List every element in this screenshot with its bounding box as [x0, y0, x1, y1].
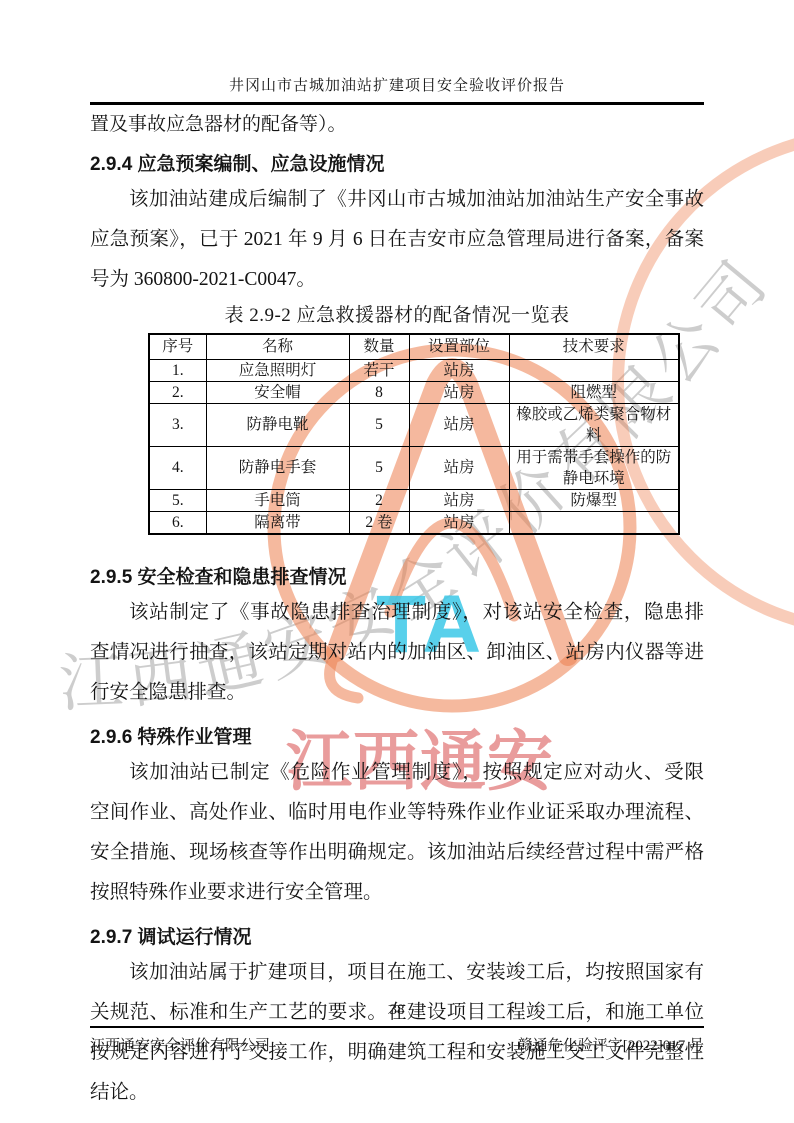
document-page: 江西通安安全评价有限公司 TA 江西通安 井冈山市古城加油站扩建项目安全验收评价…	[0, 0, 794, 1123]
section-heading-2-9-5: 2.9.5 安全检查和隐患排查情况	[90, 565, 704, 591]
cell-index: 5.	[149, 489, 206, 511]
col-header-quantity: 数量	[349, 334, 409, 359]
table-row: 1. 应急照明灯 若干 站房	[149, 359, 679, 381]
cell-index: 4.	[149, 446, 206, 489]
page-content: 井冈山市古城加油站扩建项目安全验收评价报告 置及事故应急器材的配备等）。 2.9…	[0, 0, 794, 1123]
cell-name: 防静电靴	[206, 403, 349, 446]
continuation-line: 置及事故应急器材的配备等）。	[90, 110, 704, 140]
cell-quantity: 5	[349, 403, 409, 446]
table-caption: 表 2.9-2 应急救援器材的配备情况一览表	[90, 302, 704, 330]
main-text: 置及事故应急器材的配备等）。 2.9.4 应急预案编制、应急设施情况 该加油站建…	[90, 110, 704, 1113]
cell-techreq	[509, 359, 679, 381]
section-heading-2-9-4: 2.9.4 应急预案编制、应急设施情况	[90, 152, 704, 178]
cell-techreq	[509, 511, 679, 534]
cell-quantity: 8	[349, 381, 409, 403]
section-paragraph-2-9-5: 该站制定了《事故隐患排查治理制度》，对该站安全检查，隐患排查情况进行抽查，该站定…	[90, 593, 704, 713]
col-header-name: 名称	[206, 334, 349, 359]
col-header-techreq: 技术要求	[509, 334, 679, 359]
cell-quantity: 2	[349, 489, 409, 511]
cell-location: 站房	[409, 489, 509, 511]
cell-location: 站房	[409, 359, 509, 381]
cell-name: 手电筒	[206, 489, 349, 511]
page-footer: 江西通安安全评价有限公司 赣通危化验评字[2022]017 号	[90, 1026, 704, 1055]
cell-quantity: 若干	[349, 359, 409, 381]
report-title: 井冈山市古城加油站扩建项目安全验收评价报告	[229, 78, 565, 94]
page-number: 38	[0, 1002, 794, 1019]
cell-techreq: 橡胶或乙烯类聚合物材料	[509, 403, 679, 446]
cell-techreq: 防爆型	[509, 489, 679, 511]
col-header-index: 序号	[149, 334, 206, 359]
footer-doc-number: 赣通危化验评字[2022]017 号	[518, 1034, 704, 1055]
cell-quantity: 5	[349, 446, 409, 489]
cell-techreq: 阻燃型	[509, 381, 679, 403]
table-header-row: 序号 名称 数量 设置部位 技术要求	[149, 334, 679, 359]
cell-quantity: 2 卷	[349, 511, 409, 534]
table-row: 4. 防静电手套 5 站房 用于需带手套操作的防静电环境	[149, 446, 679, 489]
cell-location: 站房	[409, 381, 509, 403]
cell-name: 隔离带	[206, 511, 349, 534]
table-row: 5. 手电筒 2 站房 防爆型	[149, 489, 679, 511]
page-header: 井冈山市古城加油站扩建项目安全验收评价报告	[90, 74, 704, 105]
emergency-equipment-table: 序号 名称 数量 设置部位 技术要求 1. 应急照明灯 若干 站房	[148, 333, 680, 535]
cell-index: 1.	[149, 359, 206, 381]
table-row: 6. 隔离带 2 卷 站房	[149, 511, 679, 534]
table-row: 2. 安全帽 8 站房 阻燃型	[149, 381, 679, 403]
section-paragraph-2-9-4: 该加油站建成后编制了《井冈山市古城加油站加油站生产安全事故应急预案》，已于 20…	[90, 180, 704, 300]
cell-techreq: 用于需带手套操作的防静电环境	[509, 446, 679, 489]
cell-index: 2.	[149, 381, 206, 403]
cell-location: 站房	[409, 403, 509, 446]
cell-name: 应急照明灯	[206, 359, 349, 381]
table-row: 3. 防静电靴 5 站房 橡胶或乙烯类聚合物材料	[149, 403, 679, 446]
cell-name: 防静电手套	[206, 446, 349, 489]
section-heading-2-9-7: 2.9.7 调试运行情况	[90, 925, 704, 951]
footer-company: 江西通安安全评价有限公司	[90, 1034, 270, 1055]
cell-name: 安全帽	[206, 381, 349, 403]
cell-location: 站房	[409, 446, 509, 489]
cell-index: 3.	[149, 403, 206, 446]
section-heading-2-9-6: 2.9.6 特殊作业管理	[90, 725, 704, 751]
cell-index: 6.	[149, 511, 206, 534]
cell-location: 站房	[409, 511, 509, 534]
col-header-location: 设置部位	[409, 334, 509, 359]
section-paragraph-2-9-6: 该加油站已制定《危险作业管理制度》，按照规定应对动火、受限空间作业、高处作业、临…	[90, 753, 704, 913]
